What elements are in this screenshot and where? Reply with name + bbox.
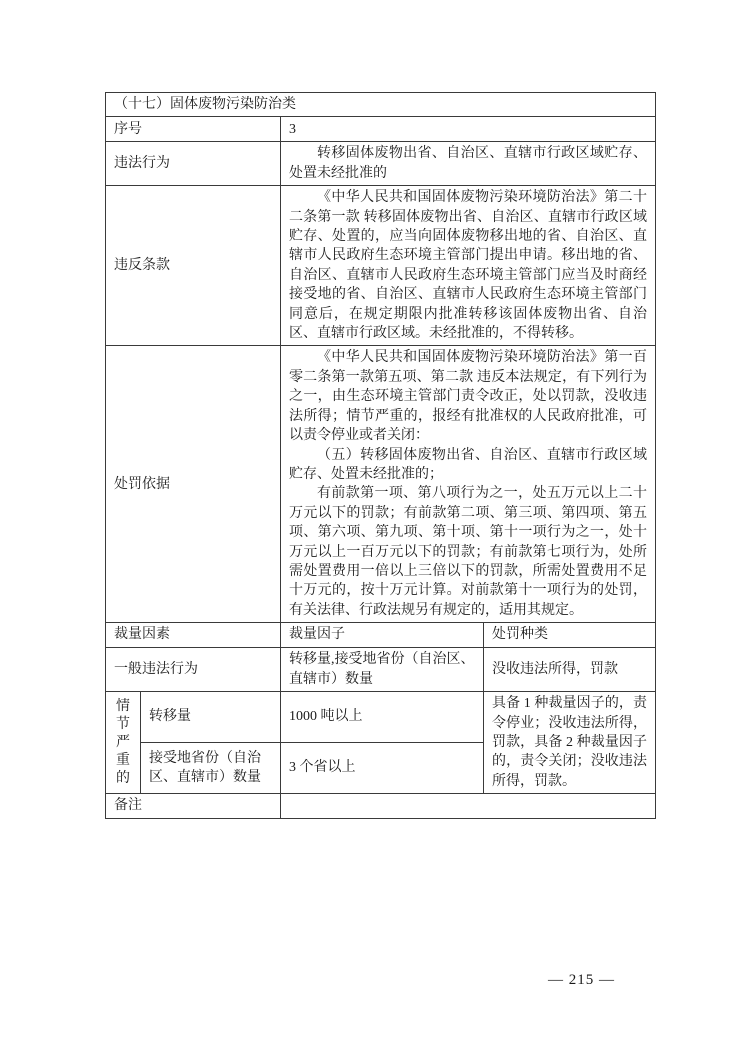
remarks-label: 备注	[106, 794, 281, 818]
illegal-act-value: 转移固体废物出省、自治区、直辖市行政区域贮存、处置未经批准的	[281, 142, 656, 186]
penalty-basis-paragraph-1: 《中华人民共和国固体废物污染环境防治法》第一百零二条第一款第五项、第二款 违反本…	[289, 348, 647, 445]
severe-violation-label-text: 情节严重的	[116, 698, 130, 788]
penalty-basis-paragraph-2: （五）转移固体废物出省、自治区、直辖市行政区域贮存、处置未经批准的；	[289, 446, 647, 485]
serial-value: 3	[281, 117, 656, 142]
severe-penalty-text: 具备 1 种裁量因子的，责令停业；没收违法所得，罚款，具备 2 种裁量因子的，责…	[492, 694, 647, 791]
general-violation-factor: 转移量,接受地省份（自治区、直辖市）数量	[281, 648, 484, 692]
penalty-discretion-table: （十七）固体废物污染防治类 序号 3 违法行为 转移固体废物出省、自治区、直辖市…	[105, 92, 656, 819]
table-row-general-violation: 一般违法行为 转移量,接受地省份（自治区、直辖市）数量 没收违法所得，罚款	[106, 648, 656, 692]
violated-clause-text: 《中华人民共和国固体废物污染环境防治法》第二十二条第一款 转移固体废物出省、自治…	[289, 188, 647, 343]
remarks-value	[281, 794, 656, 818]
severe-factor-1-threshold: 1000 吨以上	[281, 692, 484, 743]
violated-clause-label: 违反条款	[106, 186, 281, 346]
severe-violation-label: 情节严重的	[106, 692, 141, 794]
penalty-type-col-header: 处罚种类	[484, 623, 656, 648]
violated-clause-value: 《中华人民共和国固体废物污染环境防治法》第二十二条第一款 转移固体废物出省、自治…	[281, 186, 656, 346]
general-violation-label: 一般违法行为	[106, 648, 281, 692]
serial-label: 序号	[106, 117, 281, 142]
penalty-basis-label: 处罚依据	[106, 346, 281, 623]
table-row-penalty-basis: 处罚依据 《中华人民共和国固体废物污染环境防治法》第一百零二条第一款第五项、第二…	[106, 346, 656, 623]
general-violation-penalty-text: 没收违法所得，罚款	[492, 660, 647, 679]
discretion-factor-group-header: 裁量因素	[106, 623, 281, 648]
general-violation-penalty: 没收违法所得，罚款	[484, 648, 656, 692]
category-header: （十七）固体废物污染防治类	[106, 93, 656, 117]
penalty-basis-paragraph-3: 有前款第一项、第八项行为之一，处五万元以上二十万元以下的罚款；有前款第二项、第三…	[289, 484, 647, 620]
general-violation-factor-text: 转移量,接受地省份（自治区、直辖市）数量	[289, 650, 475, 689]
discretion-factor-col-header: 裁量因子	[281, 623, 484, 648]
table-row-category: （十七）固体废物污染防治类	[106, 93, 656, 117]
page-number: — 215 —	[548, 972, 638, 989]
table-row-serial: 序号 3	[106, 117, 656, 142]
illegal-act-text: 转移固体废物出省、自治区、直辖市行政区域贮存、处置未经批准的	[289, 144, 647, 183]
severe-factor-1-name: 转移量	[141, 692, 281, 743]
severe-penalty: 具备 1 种裁量因子的，责令停业；没收违法所得，罚款，具备 2 种裁量因子的，责…	[484, 692, 656, 794]
table-row-violated-clause: 违反条款 《中华人民共和国固体废物污染环境防治法》第二十二条第一款 转移固体废物…	[106, 186, 656, 346]
severe-factor-2-threshold: 3 个省以上	[281, 743, 484, 794]
table-row-severe-factor-1: 情节严重的 转移量 1000 吨以上 具备 1 种裁量因子的，责令停业；没收违法…	[106, 692, 656, 743]
table-row-illegal-act: 违法行为 转移固体废物出省、自治区、直辖市行政区域贮存、处置未经批准的	[106, 142, 656, 186]
table-row-remarks: 备注	[106, 794, 656, 818]
table-row-discretion-header: 裁量因素 裁量因子 处罚种类	[106, 623, 656, 648]
penalty-basis-value: 《中华人民共和国固体废物污染环境防治法》第一百零二条第一款第五项、第二款 违反本…	[281, 346, 656, 623]
illegal-act-label: 违法行为	[106, 142, 281, 186]
severe-factor-2-name: 接受地省份（自治区、直辖市）数量	[141, 743, 281, 794]
